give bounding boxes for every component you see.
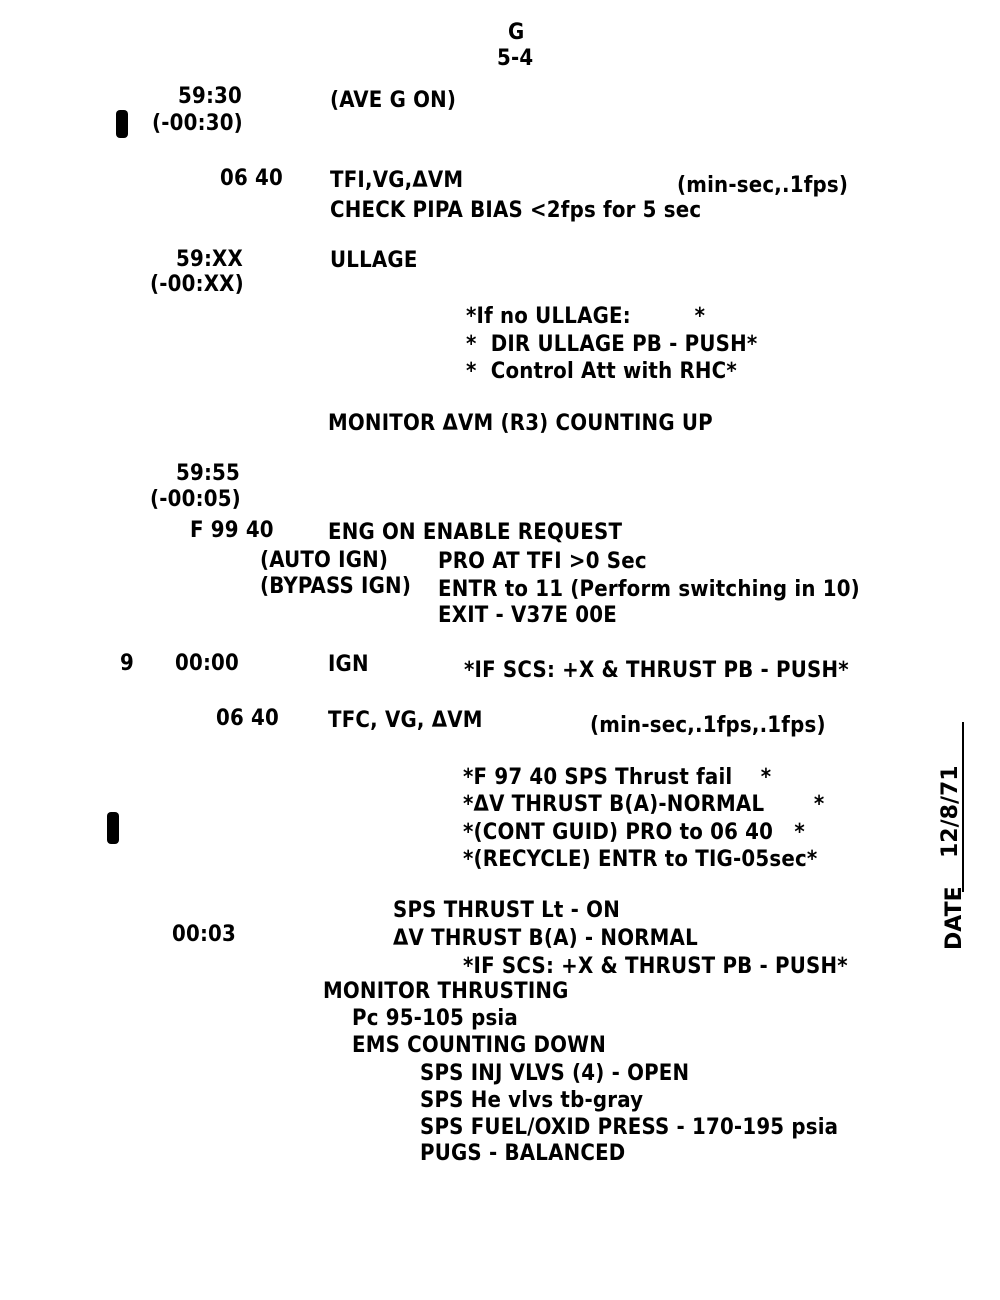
procedure-line: ENTR to 11 (Perform switching in 10)	[438, 577, 860, 603]
procedure-line: EXIT - V37E 00E	[438, 603, 617, 629]
procedure-line: (-00:30)	[152, 111, 243, 137]
procedure-line: 59:55	[176, 461, 240, 487]
procedure-line: SPS FUEL/OXID PRESS - 170-195 psia	[420, 1115, 838, 1141]
procedure-line: TFC, VG, ΔVM	[328, 708, 483, 734]
procedure-line: (min-sec,.1fps,.1fps)	[590, 713, 826, 739]
change-bar	[116, 110, 128, 138]
procedure-line: EMS COUNTING DOWN	[352, 1033, 606, 1059]
procedure-line: SPS He vlvs tb-gray	[420, 1088, 643, 1114]
procedure-line: 59:30	[178, 84, 242, 110]
procedure-line: ΔV THRUST B(A) - NORMAL	[393, 926, 698, 952]
procedure-line: 9	[120, 651, 134, 677]
procedure-line: *F 97 40 SPS Thrust fail *	[463, 765, 771, 791]
procedure-line: (BYPASS IGN)	[260, 574, 411, 600]
procedure-line: 59:XX	[176, 247, 243, 273]
procedure-line: MONITOR THRUSTING	[323, 979, 569, 1005]
procedure-line: * DIR ULLAGE PB - PUSH*	[466, 332, 757, 358]
procedure-line: SPS INJ VLVS (4) - OPEN	[420, 1061, 689, 1087]
procedure-line: Pc 95-105 psia	[352, 1006, 518, 1032]
procedure-line: SPS THRUST Lt - ON	[393, 898, 620, 924]
page-number: 5-4	[497, 46, 533, 72]
procedure-line: 06 40	[220, 166, 283, 192]
procedure-line: 06 40	[216, 706, 279, 732]
date-label: DATE	[942, 886, 967, 950]
procedure-line: (AVE G ON)	[330, 88, 456, 114]
procedure-line: PUGS - BALANCED	[420, 1141, 625, 1167]
procedure-line: *ΔV THRUST B(A)-NORMAL *	[463, 792, 824, 818]
procedure-line: MONITOR ΔVM (R3) COUNTING UP	[328, 411, 713, 437]
procedure-line: (-00:XX)	[150, 272, 244, 298]
procedure-line: (-00:05)	[150, 487, 241, 513]
section-letter: G	[508, 20, 524, 46]
procedure-line: TFI,VG,ΔVM	[330, 168, 463, 194]
procedure-line: 00:00	[175, 651, 239, 677]
procedure-line: PRO AT TFI >0 Sec	[438, 549, 647, 575]
procedure-line: 00:03	[172, 922, 236, 948]
procedure-line: * Control Att with RHC*	[466, 359, 737, 385]
procedure-line: *(RECYCLE) ENTR to TIG-05sec*	[463, 847, 817, 873]
procedure-line: ULLAGE	[330, 248, 418, 274]
procedure-line: IGN	[328, 652, 369, 678]
procedure-line: *If no ULLAGE: *	[466, 304, 705, 330]
procedure-line: CHECK PIPA BIAS <2fps for 5 sec	[330, 198, 701, 224]
procedure-line: *IF SCS: +X & THRUST PB - PUSH*	[463, 954, 848, 980]
procedure-line: F 99 40	[190, 518, 274, 544]
procedure-line: *(CONT GUID) PRO to 06 40 *	[463, 820, 805, 846]
procedure-line: (AUTO IGN)	[260, 548, 388, 574]
procedure-line: (min-sec,.1fps)	[677, 173, 848, 199]
procedure-line: *IF SCS: +X & THRUST PB - PUSH*	[464, 658, 849, 684]
date-value: 12/8/71	[938, 765, 963, 858]
change-bar	[107, 812, 119, 844]
procedure-line: ENG ON ENABLE REQUEST	[328, 520, 622, 546]
